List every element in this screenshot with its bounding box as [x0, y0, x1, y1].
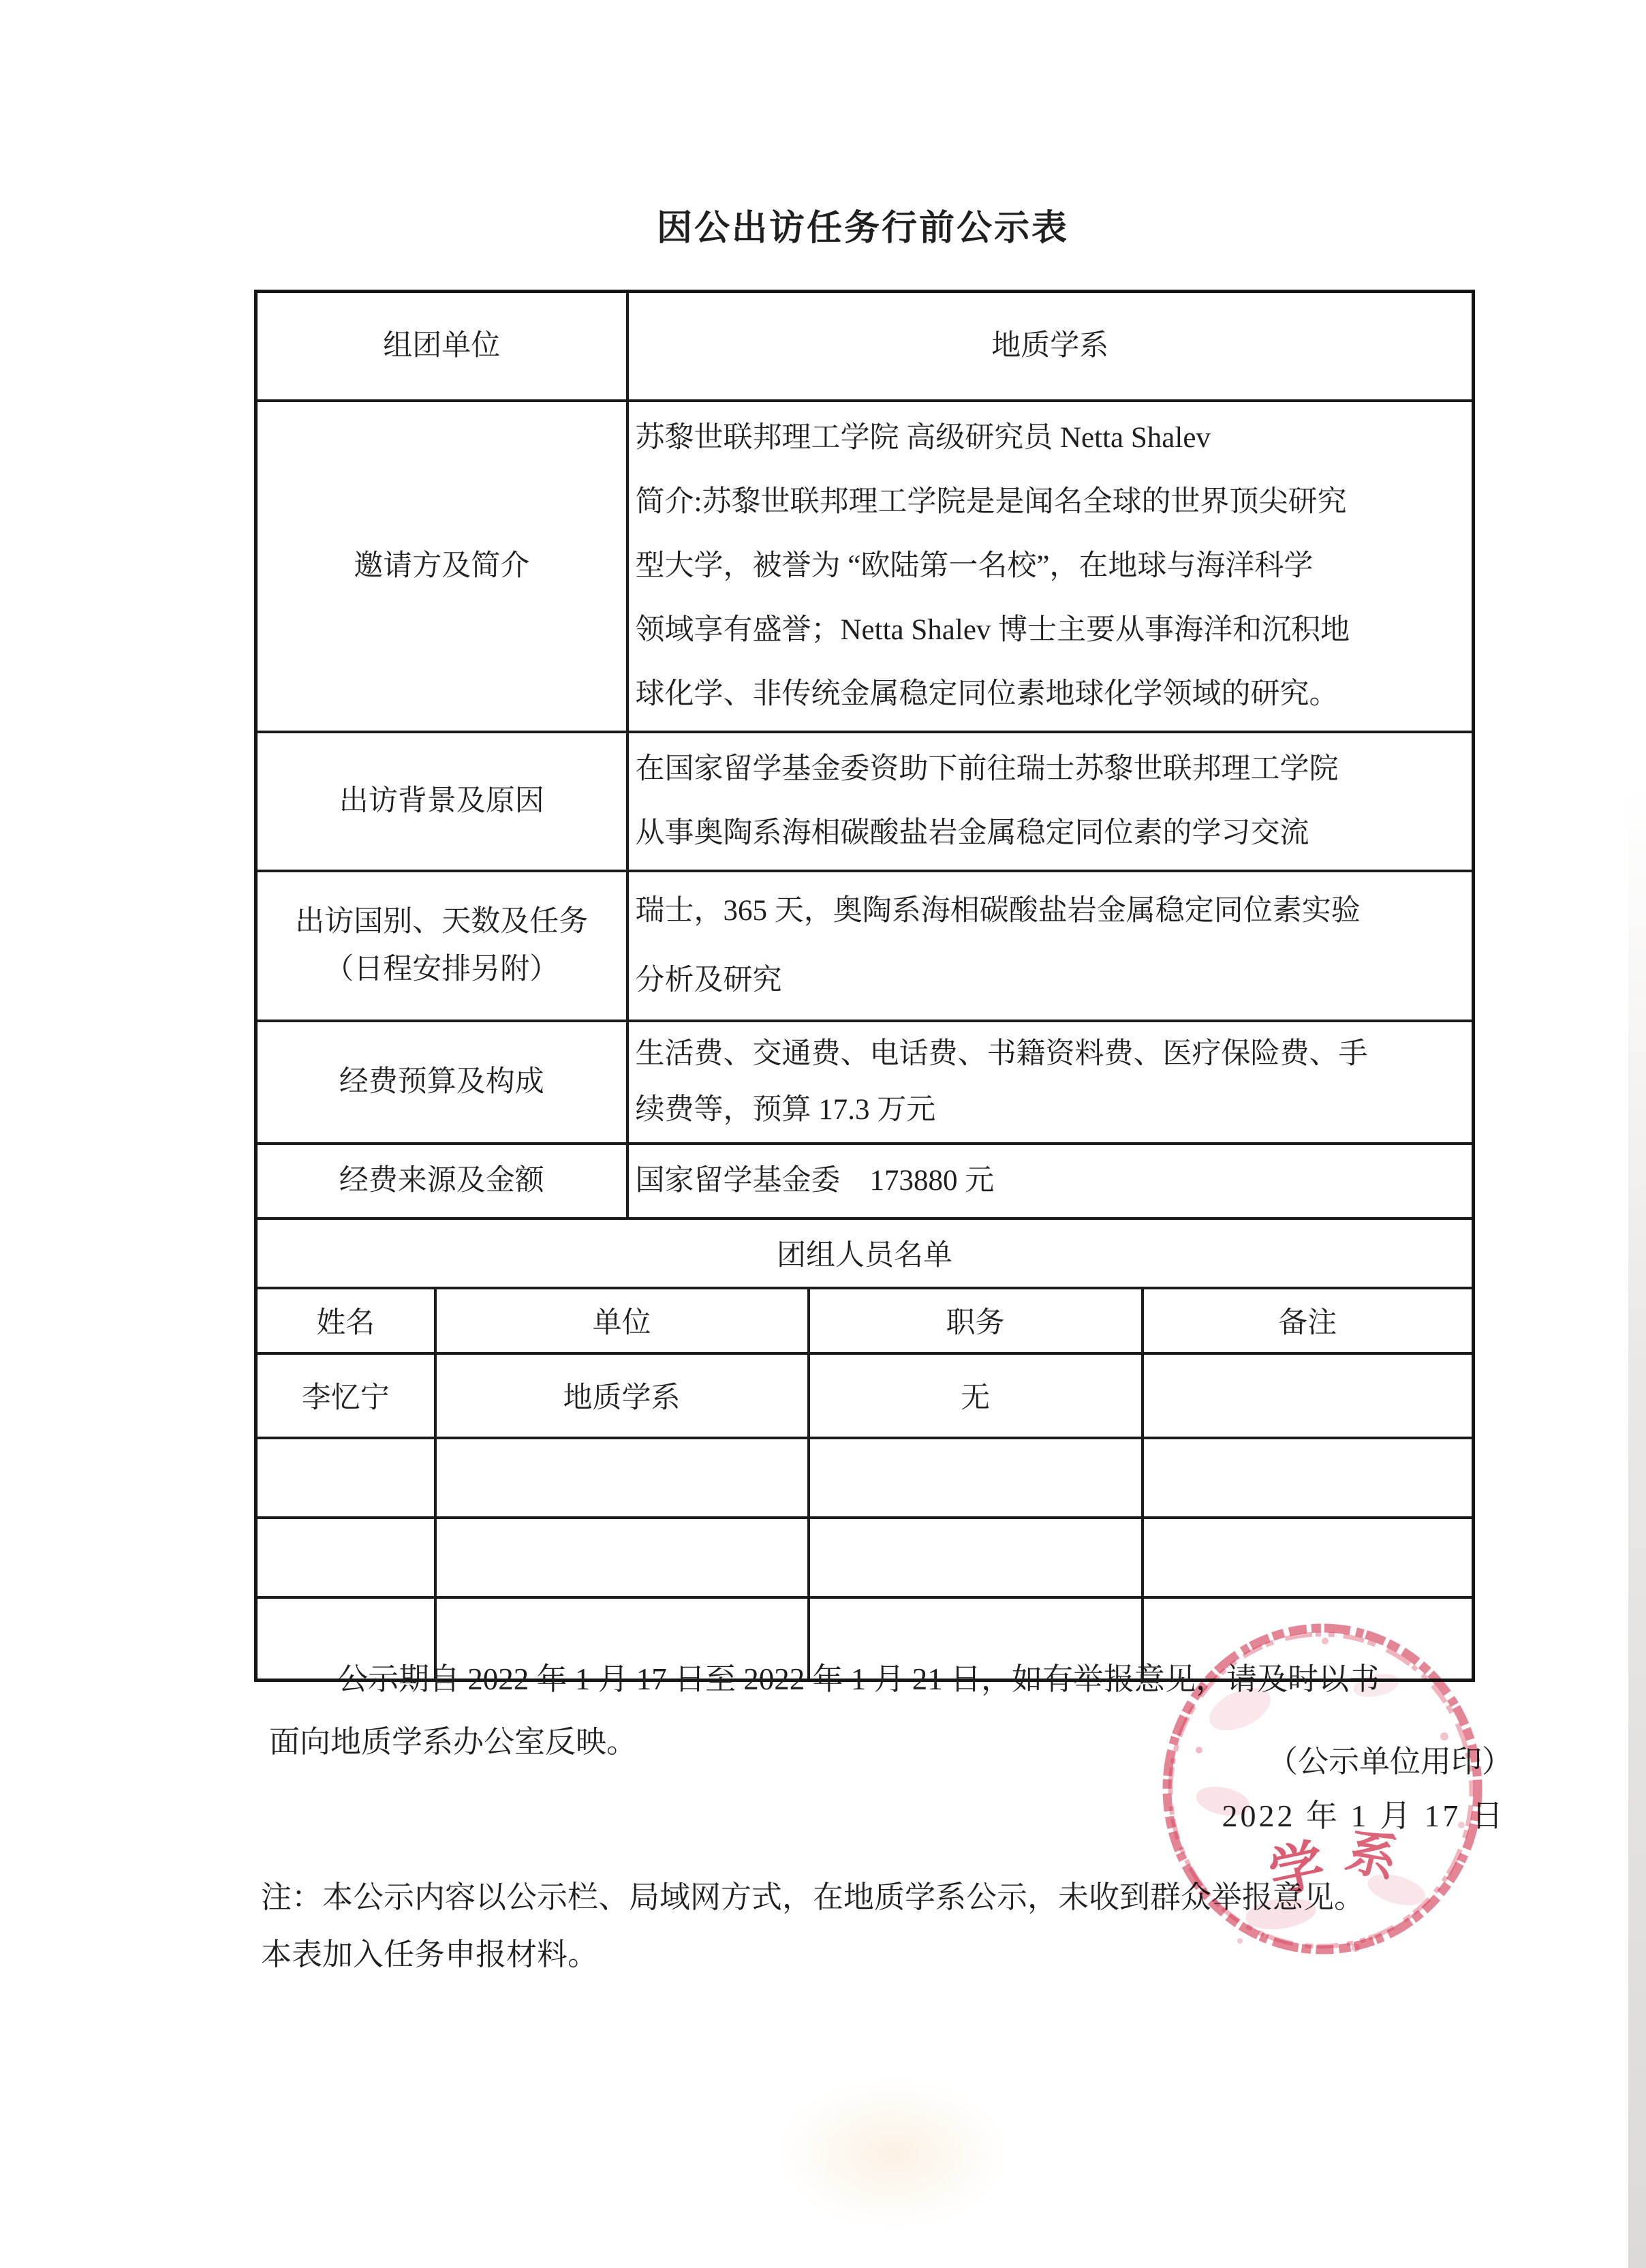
- personnel-header-remarks: 备注: [1143, 1288, 1474, 1353]
- personnel-unit: [435, 1438, 809, 1518]
- row-organizing-unit: 组团单位 地质学系: [256, 292, 1474, 401]
- personnel-name: [256, 1518, 435, 1597]
- scan-edge-shadow: [1628, 784, 1646, 2268]
- visit-background-value: 在国家留学基金委资助下前往瑞士苏黎世联邦理工学院 从事奥陶系海相碳酸盐岩金属稳定…: [627, 732, 1474, 871]
- organizing-unit-label: 组团单位: [256, 292, 627, 401]
- personnel-header-position: 职务: [809, 1288, 1143, 1353]
- personnel-unit: [435, 1518, 809, 1597]
- funding-source-value: 国家留学基金委 173880 元: [627, 1144, 1474, 1219]
- row-visit-background: 出访背景及原因 在国家留学基金委资助下前往瑞士苏黎世联邦理工学院 从事奥陶系海相…: [256, 732, 1474, 871]
- personnel-remarks: [1143, 1353, 1474, 1438]
- personnel-position: [809, 1518, 1143, 1597]
- row-personnel-section: 团组人员名单: [256, 1219, 1474, 1288]
- visit-background-label: 出访背景及原因: [256, 732, 627, 871]
- personnel-remarks: [1143, 1518, 1474, 1597]
- personnel-row: 李忆宁 地质学系 无: [256, 1353, 1474, 1438]
- scan-smudge: [777, 2079, 1008, 2228]
- destination-duration-value: 瑞士，365 天，奥陶系海相碳酸盐岩金属稳定同位素实验 分析及研究: [627, 871, 1474, 1021]
- destination-duration-label: 出访国别、天数及任务 （日程安排另附）: [256, 871, 627, 1021]
- personnel-row-empty: [256, 1518, 1474, 1597]
- document-title: 因公出访任务行前公示表: [254, 199, 1472, 250]
- personnel-name: [256, 1438, 435, 1518]
- budget-value: 生活费、交通费、电话费、书籍资料费、医疗保险费、手 续费等，预算 17.3 万元: [627, 1021, 1474, 1144]
- personnel-name: 李忆宁: [256, 1353, 435, 1438]
- row-funding-source: 经费来源及金额 国家留学基金委 173880 元: [256, 1144, 1474, 1219]
- inviting-party-label: 邀请方及简介: [256, 401, 627, 732]
- personnel-header-row: 姓名 单位 职务 备注: [256, 1288, 1474, 1353]
- personnel-position: [809, 1438, 1143, 1518]
- personnel-remarks: [1143, 1438, 1474, 1518]
- funding-source-label: 经费来源及金额: [256, 1144, 627, 1219]
- footnote: 注：本公示内容以公示栏、局域网方式，在地质学系公示，未收到群众举报意见。 本表加…: [261, 1869, 1559, 1983]
- inviting-party-value: 苏黎世联邦理工学院 高级研究员 Netta Shalev 简介:苏黎世联邦理工学…: [627, 401, 1474, 732]
- organizing-unit-value: 地质学系: [627, 292, 1474, 401]
- personnel-row-empty: [256, 1438, 1474, 1518]
- pre-departure-notice-table: 组团单位 地质学系 邀请方及简介 苏黎世联邦理工学院 高级研究员 Netta S…: [254, 290, 1475, 1682]
- row-destination-duration: 出访国别、天数及任务 （日程安排另附） 瑞士，365 天，奥陶系海相碳酸盐岩金属…: [256, 871, 1474, 1021]
- row-budget: 经费预算及构成 生活费、交通费、电话费、书籍资料费、医疗保险费、手 续费等，预算…: [256, 1021, 1474, 1144]
- personnel-position: 无: [809, 1353, 1143, 1438]
- scanned-document-page: 因公出访任务行前公示表 组团单位 地质学系 邀请方及简介 苏黎世联邦理工学院 高…: [0, 0, 1646, 2268]
- personnel-section-title: 团组人员名单: [256, 1219, 1474, 1288]
- personnel-unit: 地质学系: [435, 1353, 809, 1438]
- row-inviting-party: 邀请方及简介 苏黎世联邦理工学院 高级研究员 Netta Shalev 简介:苏…: [256, 401, 1474, 732]
- personnel-header-unit: 单位: [435, 1288, 809, 1353]
- seal-caption: （公示单位用印）: [988, 1736, 1512, 1781]
- personnel-header-name: 姓名: [256, 1288, 435, 1353]
- budget-label: 经费预算及构成: [256, 1021, 627, 1144]
- signature-date: 2022 年 1 月 17 日: [981, 1791, 1506, 1836]
